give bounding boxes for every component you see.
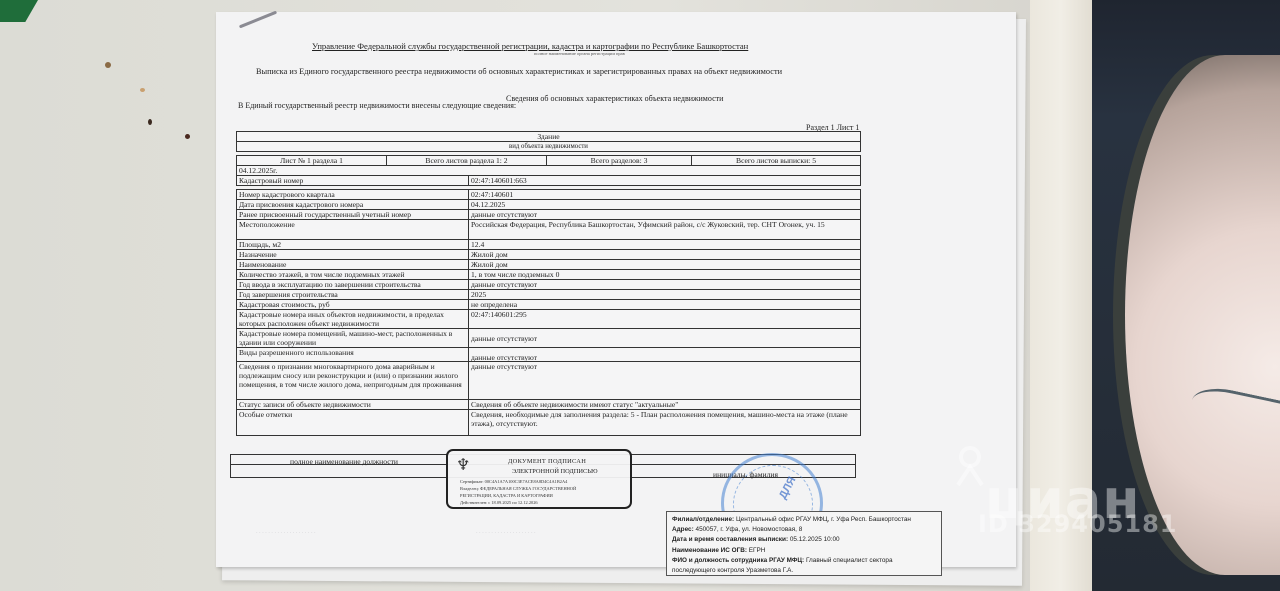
stamp-owner2: РЕГИСТРАЦИИ, КАДАСТРА И КАРТОГРАФИИ [460, 493, 553, 498]
object-type-row: Здание [236, 131, 861, 142]
mfc-employee-label: ФИО и должность сотрудника РГАУ МФЦ: [672, 557, 804, 564]
row-label: Назначение [237, 250, 469, 259]
row-label: Ранее присвоенный государственный учетны… [237, 210, 469, 219]
extract-date: 04.12.2025г. [237, 166, 860, 175]
row-value: данные отсутствуют [469, 362, 860, 399]
row-label: Виды разрешенного использования [237, 348, 469, 361]
watermark-id: ID 329405181 [978, 510, 1178, 538]
row-label: Кадастровые номера помещений, машино-мес… [237, 329, 469, 347]
document-page: Управление Федеральной службы государств… [216, 12, 1016, 567]
row-value: 02:47:140601:663 [469, 176, 860, 185]
row-label: Местоположение [237, 220, 469, 239]
wall-stain [148, 119, 152, 125]
table-row: Год завершения строительства2025 [236, 290, 861, 300]
row-label: Сведения о признании многоквартирного до… [237, 362, 469, 399]
mfc-datetime-value: 05.12.2025 10:00 [790, 536, 840, 543]
sheet-info-cell: Всего листов раздела 1: 2 [387, 156, 547, 165]
eagle-emblem-icon: ♆ [456, 455, 470, 475]
table-row: Виды разрешенного использованияданные от… [236, 348, 861, 362]
mfc-system-value: ЕГРН [749, 547, 766, 554]
row-value: данные отсутствуют [469, 348, 860, 361]
mfc-datetime-label: Дата и время составления выписки: [672, 536, 788, 543]
row-label: Кадастровая стоимость, руб [237, 300, 469, 309]
faint-text: · · · · · · · · · · · · · · · · · · · · [256, 530, 316, 536]
row-value: Сведения, необходимые для заполнения раз… [469, 410, 860, 435]
map-pin-icon [955, 445, 985, 487]
row-value: Сведения об объекте недвижимости имеют с… [469, 400, 860, 409]
row-value: данные отсутствуют [469, 329, 860, 347]
mfc-system-label: Наименование ИС ОГВ: [672, 547, 747, 554]
row-label: Номер кадастрового квартала [237, 190, 469, 199]
row-value: 2025 [469, 290, 860, 299]
table-row: Кадастровые номера помещений, машино-мес… [236, 329, 861, 348]
object-type-caption: вид объекта недвижимости [237, 142, 860, 151]
row-value: данные отсутствуют [469, 280, 860, 289]
cadastral-number-row: Кадастровый номер 02:47:140601:663 [236, 176, 861, 186]
row-value: 02:47:140601:295 [469, 310, 860, 328]
stamp-line2: ЭЛЕКТРОННОЙ ПОДПИСЬЮ [512, 468, 598, 475]
date-row: 04.12.2025г. [236, 166, 861, 176]
organization-caption: полное наименование органа регистрации п… [534, 51, 625, 56]
wall-stain [105, 62, 111, 68]
row-label: Год завершения строительства [237, 290, 469, 299]
row-value: 04.12.2025 [469, 200, 860, 209]
row-label: Дата присвоения кадастрового номера [237, 200, 469, 209]
sheet-info-cell: Всего листов выписки: 5 [692, 156, 860, 165]
stamp-line1: ДОКУМЕНТ ПОДПИСАН [508, 458, 586, 465]
stamp-owner: Владелец: ФЕДЕРАЛЬНАЯ СЛУЖБА ГОСУДАРСТВЕ… [460, 486, 576, 491]
table-row: Особые отметкиСведения, необходимые для … [236, 410, 861, 436]
row-value: Жилой дом [469, 250, 860, 259]
sheet-info-cell: Всего разделов: 3 [547, 156, 692, 165]
row-value: не определена [469, 300, 860, 309]
row-label: Кадастровые номера иных объектов недвижи… [237, 310, 469, 328]
row-value: 1, в том числе подземных 0 [469, 270, 860, 279]
pen-mark [239, 11, 277, 29]
row-label: Кадастровый номер [237, 176, 469, 185]
row-label: Статус записи об объекте недвижимости [237, 400, 469, 409]
object-type-caption-row: вид объекта недвижимости [236, 142, 861, 152]
row-value: Российская Федерация, Республика Башкорт… [469, 220, 860, 239]
stamp-valid: Действителен: с 18.09.2025 по 12.12.2026 [460, 500, 538, 505]
row-label: Особые отметки [237, 410, 469, 435]
stamp-certificate: Сертификат: 00C4A1A7A100C3E7ACE8A8D4C4A1… [460, 479, 567, 484]
row-value: 02:47:140601 [469, 190, 860, 199]
table-row: Статус записи об объекте недвижимостиСве… [236, 400, 861, 410]
document-title: Выписка из Единого государственного реес… [256, 67, 782, 76]
row-label: Количество этажей, в том числе подземных… [237, 270, 469, 279]
table-row: Кадастровые номера иных объектов недвижи… [236, 310, 861, 329]
table-row: Номер кадастрового квартала 02:47:140601 [236, 189, 861, 200]
table-row: Год ввода в эксплуатацию по завершении с… [236, 280, 861, 290]
mfc-address-value: 450057, г. Уфа, ул. Новомостовая, 8 [696, 526, 803, 533]
table-row: Ранее присвоенный государственный учетны… [236, 210, 861, 220]
sheet-info-row: Лист № 1 раздела 1 Всего листов раздела … [236, 155, 861, 166]
table-row: МестоположениеРоссийская Федерация, Респ… [236, 220, 861, 240]
row-value: Жилой дом [469, 260, 860, 269]
property-table: Здание вид объекта недвижимости Лист № 1… [236, 131, 861, 436]
table-row: Площадь, м212.4 [236, 240, 861, 250]
table-row: Количество этажей, в том числе подземных… [236, 270, 861, 280]
table-row: Дата присвоения кадастрового номера04.12… [236, 200, 861, 210]
table-row: НаименованиеЖилой дом [236, 260, 861, 270]
object-type: Здание [237, 132, 860, 141]
row-label: Наименование [237, 260, 469, 269]
organization-name: Управление Федеральной службы государств… [312, 41, 912, 51]
intro-text: В Единый государственный реестр недвижим… [238, 101, 516, 110]
row-value: данные отсутствуют [469, 210, 860, 219]
position-caption: полное наименование должности [290, 457, 398, 466]
electronic-signature-stamp: ♆ ДОКУМЕНТ ПОДПИСАН ЭЛЕКТРОННОЙ ПОДПИСЬЮ… [446, 449, 632, 509]
mfc-branch-label: Филиал/отделение: [672, 516, 734, 523]
sheet-info-cell: Лист № 1 раздела 1 [237, 156, 387, 165]
wall-stain [185, 134, 190, 139]
row-label: Площадь, м2 [237, 240, 469, 249]
mfc-address-label: Адрес: [672, 526, 694, 533]
row-value: 12.4 [469, 240, 860, 249]
mfc-branch-value: Центральный офис РГАУ МФЦ, г. Уфа Респ. … [736, 516, 911, 523]
row-label: Год ввода в эксплуатацию по завершении с… [237, 280, 469, 289]
mfc-stamp: Филиал/отделение: Центральный офис РГАУ … [666, 511, 942, 576]
table-row: НазначениеЖилой дом [236, 250, 861, 260]
section-title: Сведения об основных характеристиках объ… [506, 94, 723, 103]
table-row: Сведения о признании многоквартирного до… [236, 362, 861, 400]
faint-text: · · · · · · · · · · · · · · · · · · · · [476, 530, 536, 536]
table-row: Кадастровая стоимость, рубне определена [236, 300, 861, 310]
wall-stain [140, 88, 145, 92]
